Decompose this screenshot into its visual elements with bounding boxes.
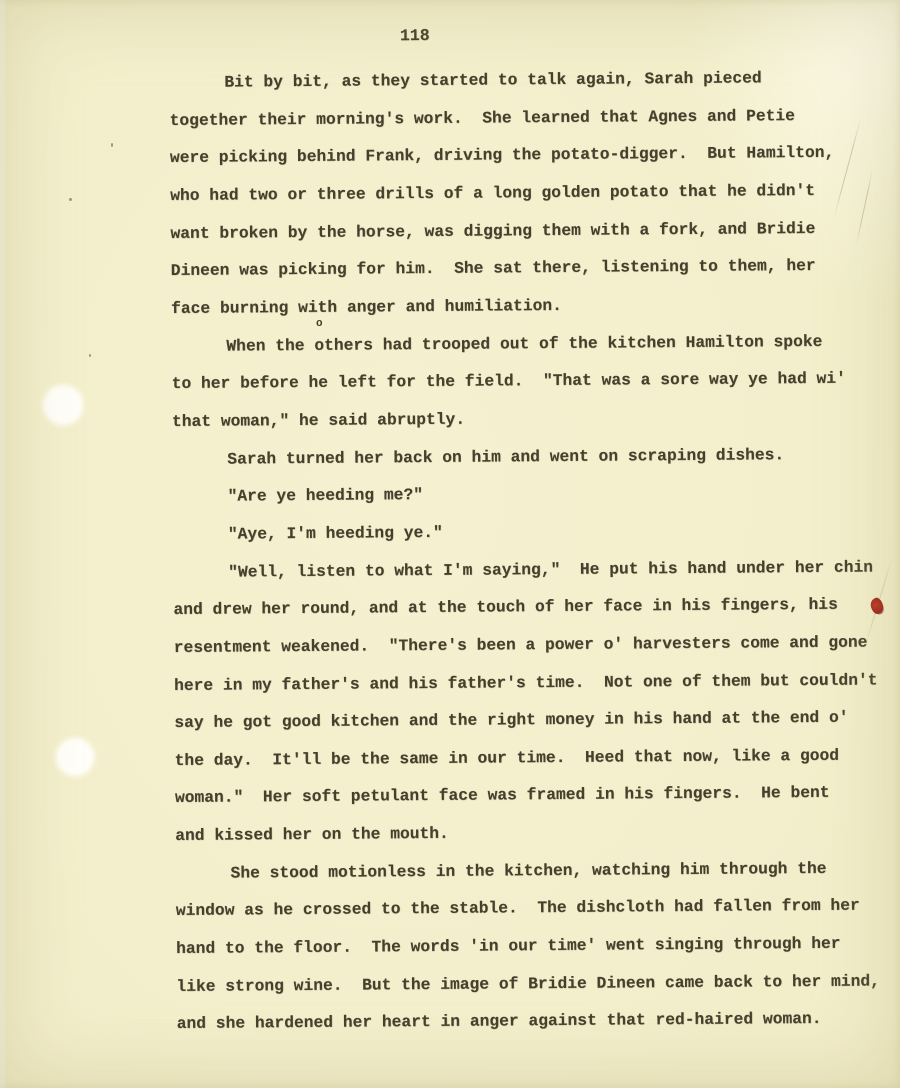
typescript-text: 118 Bit by bit, as they started to talk … [169,58,897,1043]
typescript-line: Sarah turned her back on him and went on… [172,435,892,478]
typescript-line: like strong wine. But the image of Bridi… [176,962,896,1005]
typescript-lines: Bit by bit, as they started to talk agai… [169,58,897,1043]
typescript-line: and she hardened her heart in anger agai… [177,1000,897,1043]
typescript-line: who had two or three drills of a long go… [170,171,890,214]
typescript-line: want broken by the horse, was digging th… [170,209,890,252]
punch-hole-bottom [57,739,93,775]
typescript-line: to her before he left for the field. "Th… [172,360,892,403]
page-number: 118 [400,26,430,45]
typescript-line: hand to the floor. The words 'in our tim… [176,924,896,967]
typescript-line: Dineen was picking for him. She sat ther… [171,247,891,290]
paper-speck [69,198,72,201]
typescript-line: When the others had trooped out of the k… [171,322,891,365]
typescript-line: resentment weakened. "There's been a pow… [174,623,894,666]
typescript-line: the day. It'll be the same in our time. … [174,736,894,779]
typescript-line: woman." Her soft petulant face was frame… [175,774,895,817]
typescript-line: together their morning's work. She learn… [169,96,889,139]
typescript-line: here in my father's and his father's tim… [174,661,894,704]
typescript-line: and kissed her on the mouth. [175,811,895,854]
typescript-line: that woman," he said abruptly. [172,397,892,440]
paper-speck [89,354,91,357]
punch-hole-top [44,386,82,424]
typescript-line: "Are ye heeding me?" [172,473,892,516]
typescript-line: window as he crossed to the stable. The … [176,887,896,930]
typescript-line: Bit by bit, as they started to talk agai… [169,58,889,101]
typescript-line: and drew her round, and at the touch of … [173,586,893,629]
typescript-line: "Well, listen to what I'm saying," He pu… [173,548,893,591]
typescript-line: face burning with anger and humiliation. [171,284,891,327]
typescript-line: say he got good kitchen and the right mo… [174,698,894,741]
stray-typed-o-mark: o [316,318,323,330]
paper-speck [111,143,113,147]
typescript-line: were picking behind Frank, driving the p… [170,134,890,177]
page-left-edge [0,0,7,1088]
manuscript-page: 118 Bit by bit, as they started to talk … [0,0,900,1088]
typescript-line: She stood motionless in the kitchen, wat… [175,849,895,892]
typescript-line: "Aye, I'm heeding ye." [173,510,893,553]
